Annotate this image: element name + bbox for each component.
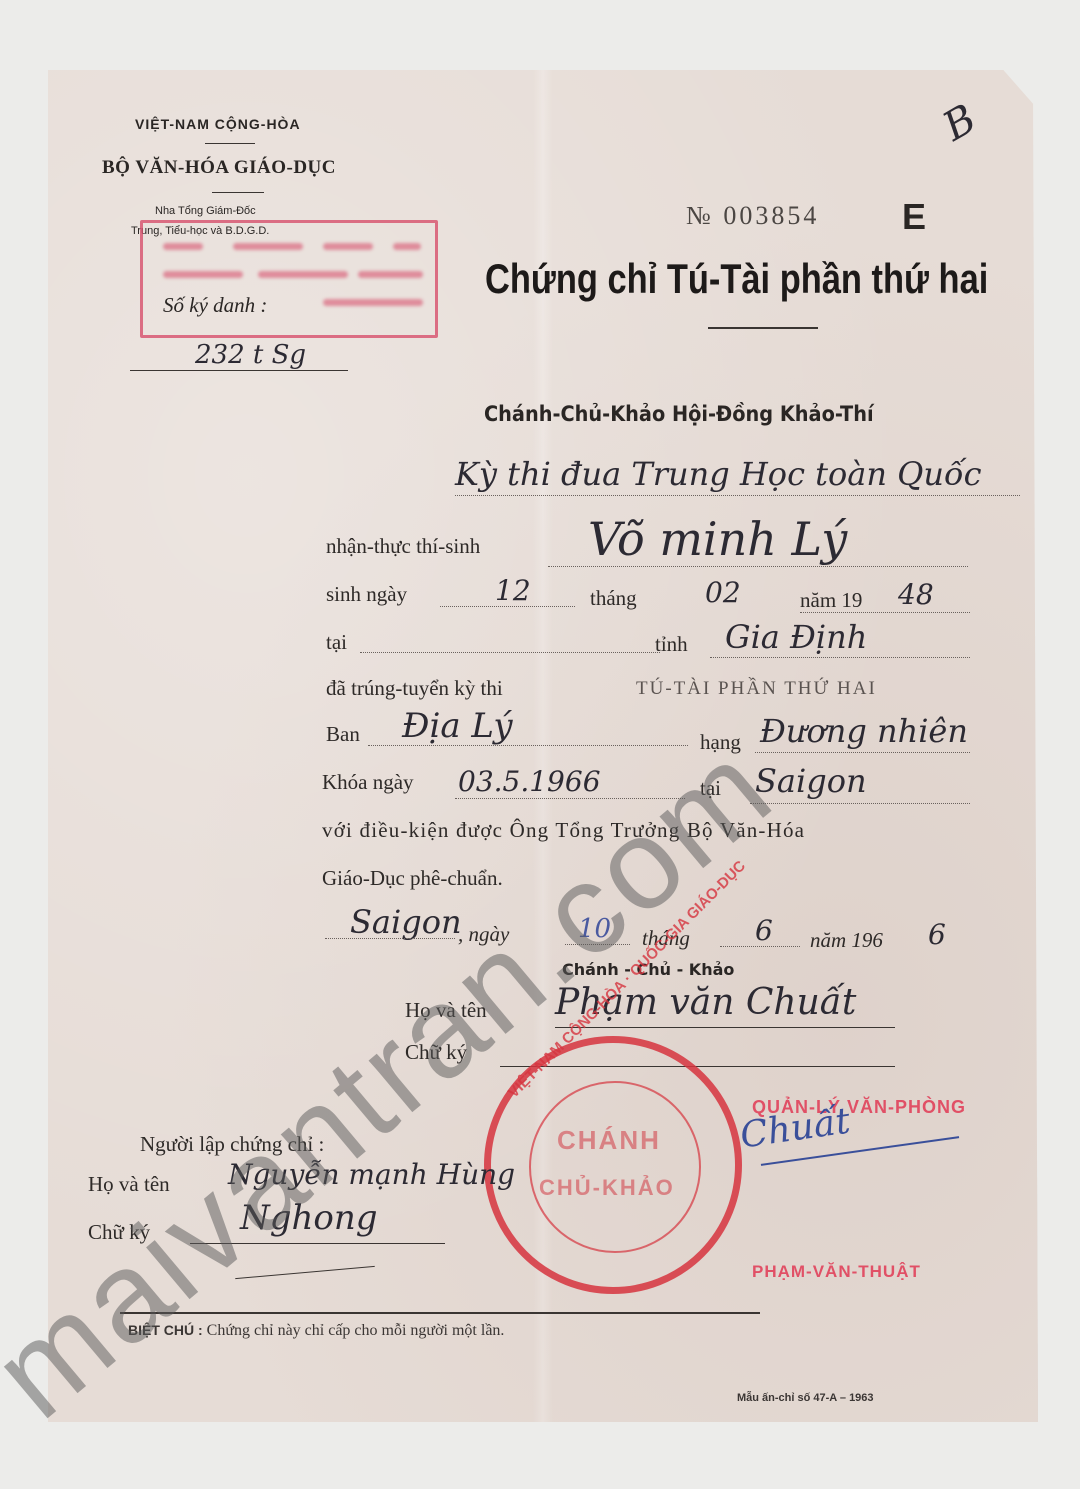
certificate-title: Chứng chỉ Tú-Tài phần thứ hai [485,255,988,303]
session-date-value: 03.5.1966 [458,765,601,798]
section-label: Ban [326,722,360,747]
examiner-printed-name: PHẠM-VĂN-THUẬT [752,1262,921,1282]
birth-month-value: 02 [705,576,741,609]
form-number: Mẫu ấn-chỉ số 47-A – 1963 [737,1392,874,1404]
birth-day-value: 12 [495,574,531,607]
candidate-label: nhận-thực thí-sinh [326,534,480,559]
serial-value: 003854 [723,201,819,230]
seal-center-line-1: CHÁNH [557,1125,661,1156]
session-date-label: Khóa ngày [322,770,414,795]
exam-name: Kỳ thi đua Trung Học toàn Quốc [455,455,981,493]
red-rectangular-stamp [140,220,438,338]
rank-value: Đương nhiên [760,712,968,750]
issue-year-value: 6 [928,918,946,951]
note-text: Chứng chỉ này chỉ cấp cho mỗi người một … [207,1322,505,1339]
directorate-line-1: Nha Tổng Giám-Đốc [155,205,256,217]
republic-heading: VIỆT-NAM CỘNG-HÒA [135,116,301,132]
birth-year-label: năm 19 [800,588,862,613]
registration-underline [130,370,348,371]
ministry-heading: BỘ VĂN-HÓA GIÁO-DỤC [102,157,336,179]
official-seal: CHÁNH CHỦ-KHẢO VIỆT-NAM CỘNG-HÒA · QUỐC-… [484,1036,742,1294]
serial-number: № 003854 [686,201,819,231]
birth-year-value: 48 [898,578,934,611]
seal-center-line-2: CHỦ-KHẢO [539,1175,675,1201]
province-label: tỉnh [655,632,688,657]
place-label: tại [326,630,347,655]
registration-value: 232 t Sg [195,340,306,370]
title-underline [708,327,818,329]
birth-month-label: tháng [590,586,637,611]
serial-prefix: № [686,201,714,230]
section-value: Địa Lý [402,706,513,746]
passed-label: đã trúng-tuyển kỳ thi [326,676,503,701]
condition-line-2: Giáo-Dục phê-chuẩn. [322,866,503,891]
divider [212,192,264,193]
series-letter: E [902,196,926,238]
province-value: Gia Định [725,618,867,656]
issuer-heading: Chánh-Chủ-Khảo Hội-Đồng Khảo-Thí [484,402,874,426]
divider [205,143,255,144]
issue-month-value: 6 [755,914,773,947]
passed-exam: TÚ-TÀI PHẦN THỨ HAI [636,678,877,700]
candidate-name: Võ minh Lý [588,512,847,566]
birth-day-label: sinh ngày [326,582,407,607]
issue-year-label: năm 196 [810,928,883,953]
registration-label: Số ký danh : [163,293,267,318]
